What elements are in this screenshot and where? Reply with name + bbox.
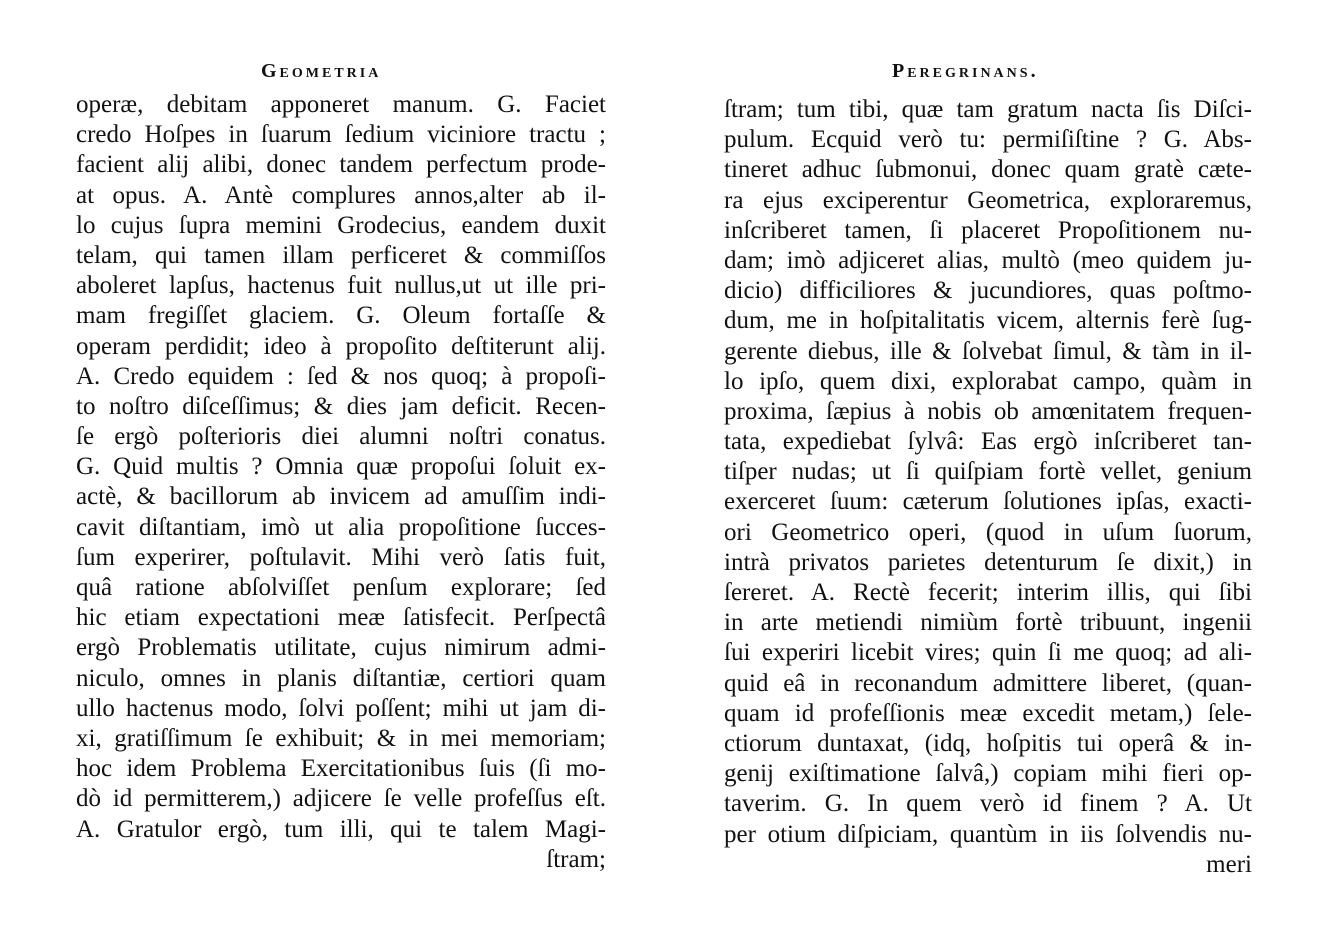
text-line: ſe ergò poſterioris diei alumni noſtri c… [76,422,606,452]
text-line: actè, & bacillorum ab invicem ad amuſſim… [76,482,606,512]
text-line: telam, qui tamen illam perficeret & comm… [76,241,606,271]
right-text-block: ſtram; tum tibi, quæ tam gratum nacta ſi… [724,95,1252,880]
text-line: intrà privatos parietes detenturum ſe di… [724,548,1252,578]
text-line: in arte metiendi nimiùm fortè tribuunt, … [724,608,1252,638]
text-line: dicio) difficiliores & jucundiores, quas… [724,276,1252,306]
text-line: lo ipſo, quem dixi, explorabat campo, qu… [724,367,1252,397]
text-line: dam; imò adjiceret alias, multò (meo qui… [724,246,1252,276]
text-line: aboleret lapſus, hactenus fuit nullus,ut… [76,271,606,301]
text-line: inſcriberet tamen, ſi placeret Propoſiti… [724,216,1252,246]
text-line: gerente diebus, ille & ſolvebat ſimul, &… [724,337,1252,367]
text-line: operam perdidit; ideo à propoſito deſtit… [76,332,606,362]
left-catchword: ſtram; [76,845,606,875]
text-line: exerceret ſuum: cæterum ſolutiones ipſas… [724,487,1252,517]
text-line: mam fregiſſet glaciem. G. Oleum fortaſſe… [76,301,606,331]
text-line: ctiorum duntaxat, (idq, hoſpitis tui ope… [724,729,1252,759]
text-line: per otium diſpiciam, quantùm in iis ſolv… [724,820,1252,850]
text-line: at opus. A. Antè complures annos,alter a… [76,181,606,211]
text-line: genij exiſtimatione ſalvâ,) copiam mihi … [724,759,1252,789]
text-line: A. Credo equidem : ſed & nos quoq; à pro… [76,362,606,392]
left-text-block: operæ, debitam apponeret manum. G. Facie… [76,90,606,875]
text-line: G. Quid multis ? Omnia quæ propoſui ſolu… [76,452,606,482]
text-line: A. Gratulor ergò, tum illi, qui te talem… [76,815,606,845]
text-line: tiſper nudas; ut ſi quiſpiam fortè velle… [724,457,1252,487]
text-line: ſereret. A. Rectè fecerit; interim illis… [724,578,1252,608]
text-line: to noſtro diſceſſimus; & dies jam defici… [76,392,606,422]
text-line: ori Geometrico operi, (quod in uſum ſuor… [724,518,1252,548]
text-line: ergò Problematis utilitate, cujus nimiru… [76,633,606,663]
text-line: xi, gratiſſimum ſe exhibuit; & in mei me… [76,724,606,754]
text-line: ſui experiri licebit vires; quin ſi me q… [724,638,1252,668]
text-line: ſtram; tum tibi, quæ tam gratum nacta ſi… [724,95,1252,125]
left-running-head: Geometria [261,60,381,83]
text-line: quid eâ in reconandum admittere liberet,… [724,669,1252,699]
text-line: proxima, ſæpius à nobis ob amœnitatem fr… [724,397,1252,427]
text-line: tata, expediebat ſylvâ: Eas ergò inſcrib… [724,427,1252,457]
text-line: operæ, debitam apponeret manum. G. Facie… [76,90,606,120]
text-line: ſum experirer, poſtulavit. Mihi verò ſat… [76,543,606,573]
text-line: hoc idem Problema Exercitationibus ſuis … [76,754,606,784]
text-line: cavit diſtantiam, imò ut alia propoſitio… [76,513,606,543]
text-line: dum, me in hoſpitalitatis vicem, alterni… [724,306,1252,336]
text-line: credo Hoſpes in ſuarum ſedium viciniore … [76,120,606,150]
text-line: ra ejus exciperentur Geometrica, explora… [724,186,1252,216]
text-line: dò id permitterem,) adjicere ſe velle pr… [76,784,606,814]
text-line: pulum. Ecquid verò tu: permiſiſtine ? G.… [724,125,1252,155]
text-line: niculo, omnes in planis diſtantiæ, certi… [76,664,606,694]
text-line: tineret adhuc ſubmonui, donec quam gratè… [724,155,1252,185]
right-running-head: Peregrinans. [892,60,1039,83]
text-line: facient alij alibi, donec tandem perfect… [76,150,606,180]
right-catchword: meri [724,850,1252,880]
text-line: quâ ratione abſolviſſet penſum explorare… [76,573,606,603]
text-line: taverim. G. In quem verò id finem ? A. U… [724,789,1252,819]
text-line: ullo hactenus modo, ſolvi poſſent; mihi … [76,694,606,724]
text-line: quam id profeſſionis meæ excedit metam,)… [724,699,1252,729]
text-line: lo cujus ſupra memini Grodecius, eandem … [76,211,606,241]
text-line: hic etiam expectationi meæ ſatisfecit. P… [76,603,606,633]
